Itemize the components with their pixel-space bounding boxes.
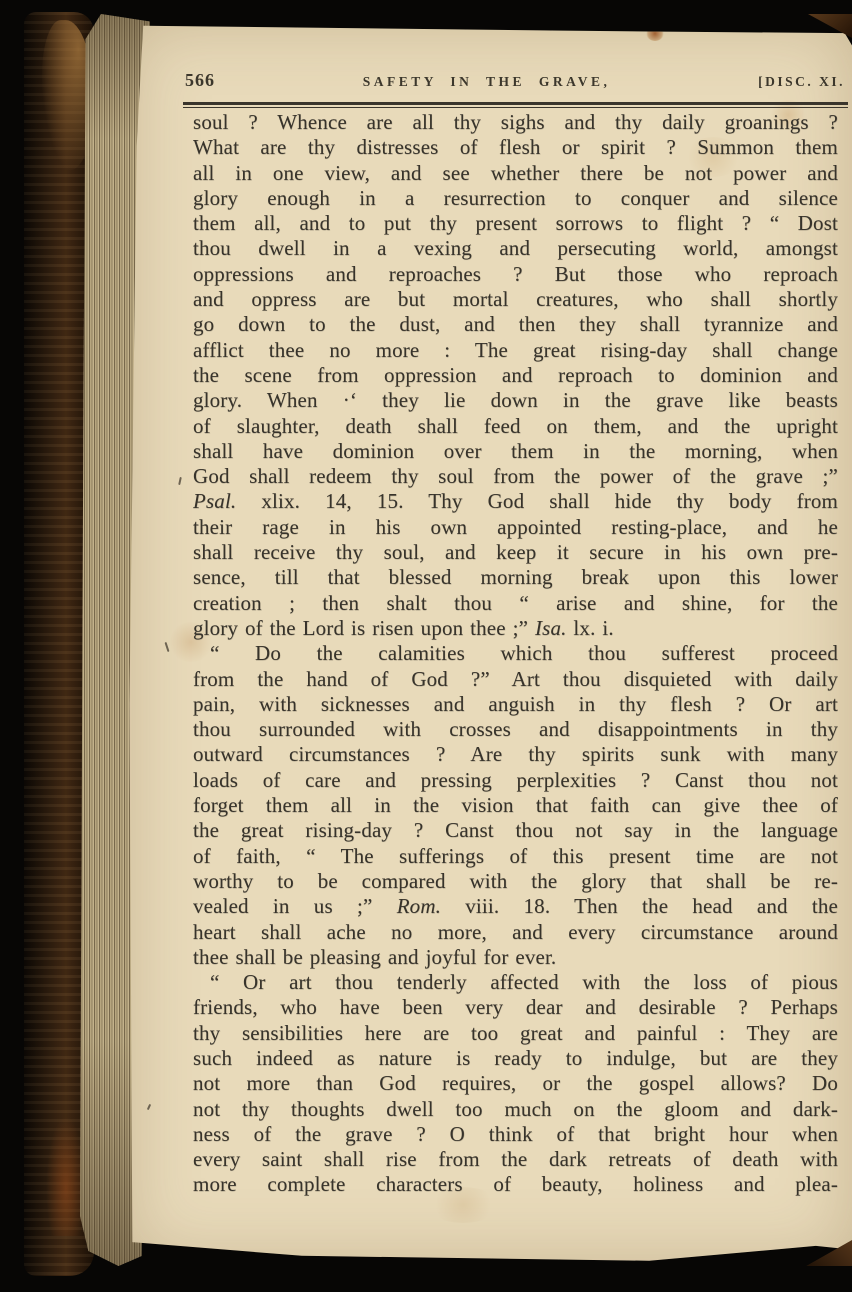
text-line: heart shall ache no more, and every circ…	[193, 920, 838, 945]
text-line: afflict thee no more : The great rising-…	[193, 338, 838, 363]
text-line: sence, till that blessed morning break u…	[193, 565, 838, 590]
double-rule	[183, 102, 848, 105]
text-line: oppressions and reproaches ? But those w…	[193, 262, 838, 287]
text-line: the great rising-day ? Canst thou not sa…	[193, 818, 838, 843]
text-line: and oppress are but mortal creatures, wh…	[193, 287, 838, 312]
text-line: glory enough in a resurrection to conque…	[193, 186, 838, 211]
text-line: God shall redeem thy soul from the power…	[193, 464, 838, 489]
running-title: SAFETY IN THE GRAVE,	[215, 74, 758, 90]
text-line: more complete characters of beauty, holi…	[193, 1172, 838, 1197]
text-block: soul ? Whence are all thy sighs and thy …	[193, 110, 838, 1198]
text-line: such indeed as nature is ready to indulg…	[193, 1046, 838, 1071]
text-line: Psal. xlix. 14, 15. Thy God shall hide t…	[193, 489, 838, 514]
text-line: not more than God requires, or the gospe…	[193, 1071, 838, 1096]
text-line: “ Or art thou tenderly affected with the…	[193, 970, 838, 995]
book-photo: 566 SAFETY IN THE GRAVE, [DISC. XI. soul…	[0, 0, 852, 1292]
text-line: loads of care and pressing perplexities …	[193, 768, 838, 793]
text-line: thou dwell in a vexing and persecuting w…	[193, 236, 838, 261]
text-line: glory of the Lord is risen upon thee ;” …	[193, 616, 838, 641]
text-line: outward circumstances ? Are thy spirits …	[193, 742, 838, 767]
page-number: 566	[185, 70, 215, 91]
ink-mark	[147, 1104, 151, 1110]
text-line: worthy to be compared with the glory tha…	[193, 869, 838, 894]
text-line: of faith, “ The sufferings of this prese…	[193, 844, 838, 869]
text-line: thou surrounded with crosses and disappo…	[193, 717, 838, 742]
text-line: ness of the grave ? O think of that brig…	[193, 1122, 838, 1147]
text-line: What are thy distresses of flesh or spir…	[193, 135, 838, 160]
ink-mark	[165, 642, 170, 652]
text-line: from the hand of God ?” Art thou disquie…	[193, 667, 838, 692]
text-line: pain, with sicknesses and anguish in thy…	[193, 692, 838, 717]
text-line: thee shall be pleasing and joyful for ev…	[193, 945, 838, 970]
text-line: shall receive thy soul, and keep it secu…	[193, 540, 838, 565]
text-line: soul ? Whence are all thy sighs and thy …	[193, 110, 838, 135]
text-line: go down to the dust, and then they shall…	[193, 312, 838, 337]
text-line: them all, and to put thy present sorrows…	[193, 211, 838, 236]
text-line: friends, who have been very dear and des…	[193, 995, 838, 1020]
running-header: 566 SAFETY IN THE GRAVE, [DISC. XI.	[185, 70, 845, 91]
text-line: creation ; then shalt thou “ arise and s…	[193, 591, 838, 616]
ink-mark	[178, 477, 182, 485]
text-line: vealed in us ;” Rom. viii. 18. Then the …	[193, 894, 838, 919]
text-line: all in one view, and see whether there b…	[193, 161, 838, 186]
text-line: glory. When ·‘ they lie down in the grav…	[193, 388, 838, 413]
text-line: “ Do the calamities which thou sufferest…	[193, 641, 838, 666]
section-label: [DISC. XI.	[758, 74, 845, 90]
text-line: shall have dominion over them in the mor…	[193, 439, 838, 464]
text-line: thy sensibilities here are too great and…	[193, 1021, 838, 1046]
book-page: 566 SAFETY IN THE GRAVE, [DISC. XI. soul…	[128, 22, 852, 1262]
text-line: of slaughter, death shall feed on them, …	[193, 414, 838, 439]
text-line: not thy thoughts dwell too much on the g…	[193, 1097, 838, 1122]
text-line: every saint shall rise from the dark ret…	[193, 1147, 838, 1172]
text-line: forget them all in the vision that faith…	[193, 793, 838, 818]
text-line: the scene from oppression and reproach t…	[193, 363, 838, 388]
foxing-stain	[646, 26, 664, 41]
text-line: their rage in his own appointed resting-…	[193, 515, 838, 540]
